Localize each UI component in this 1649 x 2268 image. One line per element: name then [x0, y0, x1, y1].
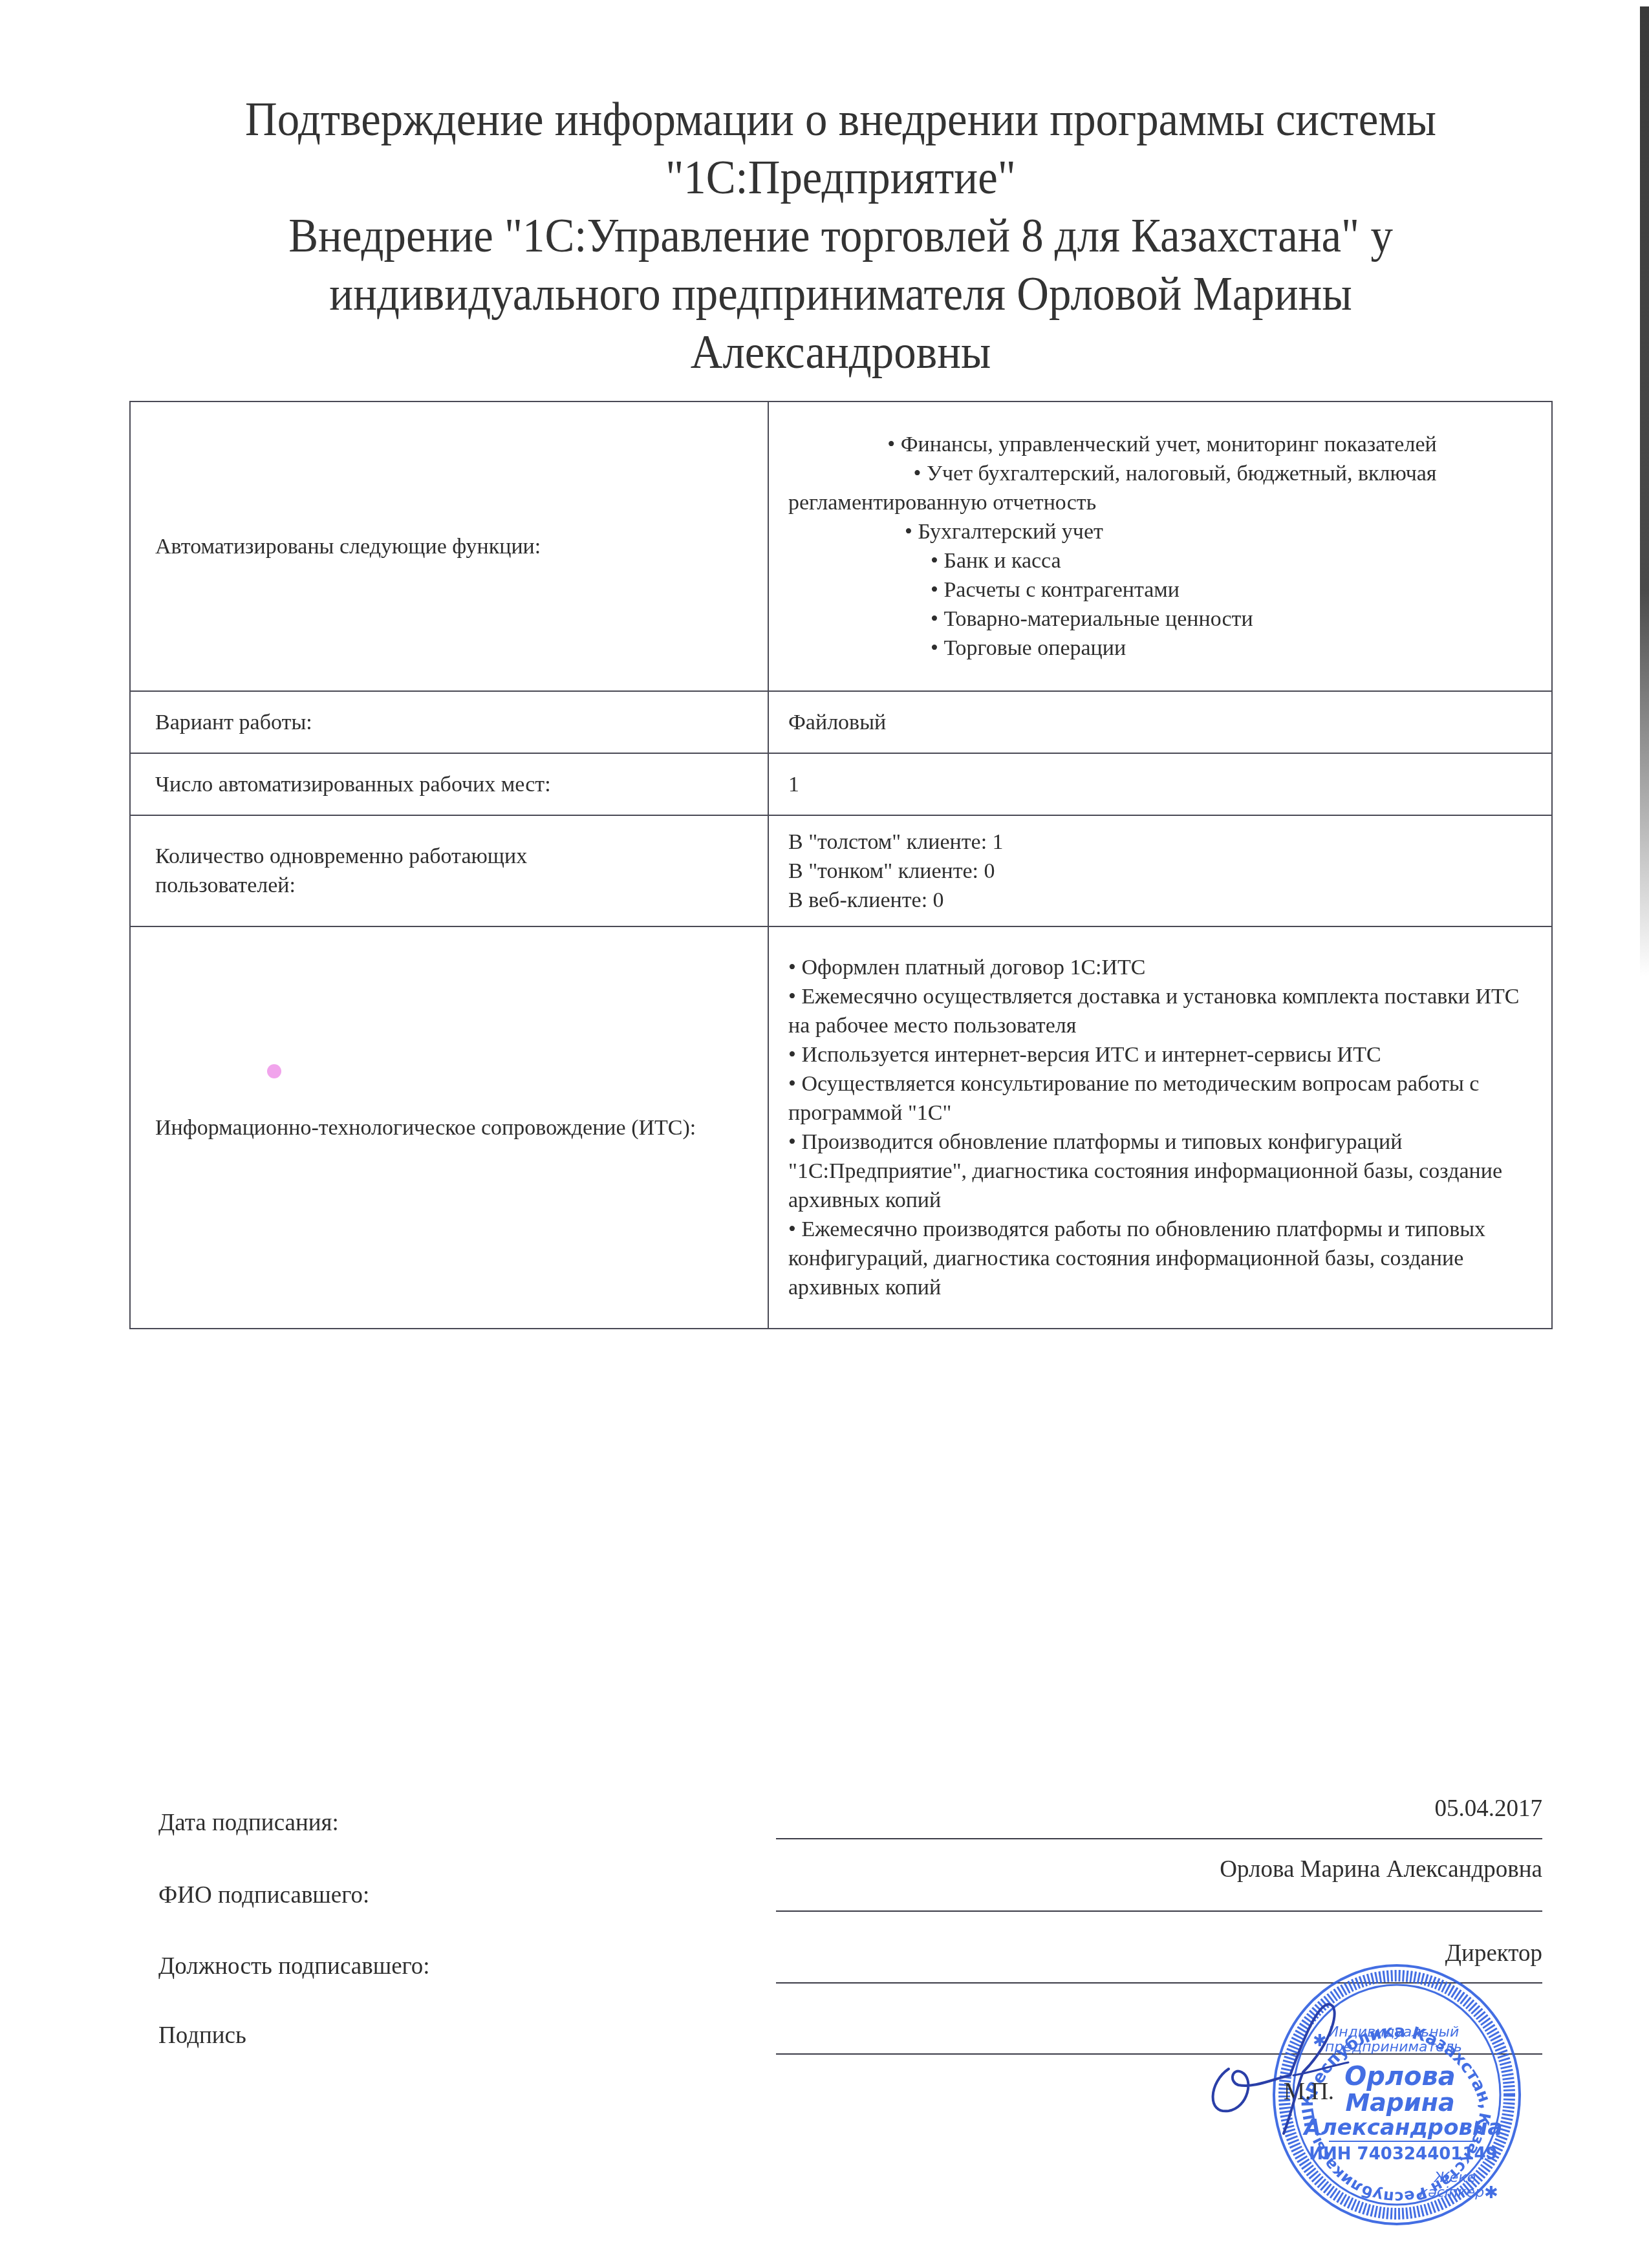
thick-client-value: В "толстом" клиенте: 1 — [788, 828, 1536, 857]
title-line: Александровны — [179, 323, 1502, 381]
date-underline — [776, 1838, 1542, 1839]
position-label: Должность подписавшего: — [158, 1952, 430, 1980]
function-item: • Расчеты с контрагентами — [788, 575, 1536, 604]
title-line: "1С:Предприятие" — [179, 149, 1502, 207]
function-item: • Бухгалтерский учет — [788, 517, 1536, 546]
scan-edge-artifact — [1640, 6, 1649, 976]
function-item: • Учет бухгалтерский, налоговый, бюджетн… — [788, 459, 1536, 488]
name-label: ФИО подписавшего: — [158, 1881, 369, 1909]
automated-functions: • Финансы, управленческий учет, монитори… — [788, 430, 1536, 663]
web-client-value: В веб-клиенте: 0 — [788, 886, 1536, 915]
function-item: • Финансы, управленческий учет, монитори… — [788, 430, 1536, 459]
row-label-concurrent-users: Количество одновременно работающих польз… — [130, 815, 768, 926]
title-line: Подтверждение информации о внедрении про… — [179, 91, 1502, 149]
position-value: Директор — [1445, 1940, 1542, 1967]
function-item: регламентированную отчетность — [788, 488, 1536, 517]
name-value: Орлова Марина Александровна — [1220, 1856, 1542, 1883]
table-row: Вариант работы: Файловый — [130, 691, 1552, 753]
table-row: Количество одновременно работающих польз… — [130, 815, 1552, 926]
work-mode-value: Файловый — [768, 691, 1552, 753]
its-item: • Осуществляется консультирование по мет… — [788, 1069, 1525, 1128]
table-row: Автоматизированы следующие функции: • Фи… — [130, 401, 1552, 691]
svg-text:кәсіпкер: кәсіпкер — [1419, 2185, 1484, 2201]
function-item: • Банк и касса — [788, 546, 1536, 575]
its-item: • Ежемесячно осуществляется доставка и у… — [788, 982, 1525, 1040]
name-underline — [776, 1910, 1542, 1912]
handwritten-signature — [1203, 1952, 1371, 2146]
svg-text:ИИН 740324401149: ИИН 740324401149 — [1309, 2145, 1497, 2164]
thin-client-value: В "тонком" клиенте: 0 — [788, 857, 1536, 886]
title-line: индивидуального предпринимателя Орловой … — [179, 265, 1502, 323]
document-title: Подтверждение информации о внедрении про… — [179, 91, 1502, 381]
ink-blot — [267, 1064, 281, 1078]
concurrent-users-values: В "толстом" клиенте: 1 В "тонком" клиент… — [768, 815, 1552, 926]
function-item: • Товарно-материальные ценности — [788, 604, 1536, 634]
svg-text:✱: ✱ — [1484, 2183, 1498, 2203]
row-label-workplaces: Число автоматизированных рабочих мест: — [130, 753, 768, 815]
row-label-functions: Автоматизированы следующие функции: — [130, 401, 768, 691]
date-value: 05.04.2017 — [1435, 1795, 1543, 1823]
its-item: • Производится обновление платформы и ти… — [788, 1128, 1525, 1215]
its-item: • Ежемесячно производятся работы по обно… — [788, 1215, 1525, 1302]
row-label-its: Информационно-технологическое сопровожде… — [130, 926, 768, 1329]
its-item: • Используется интернет-версия ИТС и инт… — [788, 1040, 1525, 1069]
title-line: Внедрение "1С:Управление торговлей 8 для… — [179, 207, 1502, 265]
its-values: • Оформлен платный договор 1С:ИТС • Ежем… — [768, 926, 1552, 1329]
date-label: Дата подписания: — [158, 1809, 339, 1837]
svg-text:Жеке: Жеке — [1433, 2170, 1476, 2186]
table-row: Информационно-технологическое сопровожде… — [130, 926, 1552, 1329]
functions-list: • Финансы, управленческий учет, монитори… — [768, 401, 1552, 691]
implementation-info-table: Автоматизированы следующие функции: • Фи… — [129, 401, 1553, 1329]
its-item: • Оформлен платный договор 1С:ИТС — [788, 953, 1525, 982]
row-label-work-mode: Вариант работы: — [130, 691, 768, 753]
signature-label: Подпись — [158, 2022, 246, 2049]
table-row: Число автоматизированных рабочих мест: 1 — [130, 753, 1552, 815]
function-item: • Торговые операции — [788, 634, 1536, 663]
workplaces-value: 1 — [768, 753, 1552, 815]
